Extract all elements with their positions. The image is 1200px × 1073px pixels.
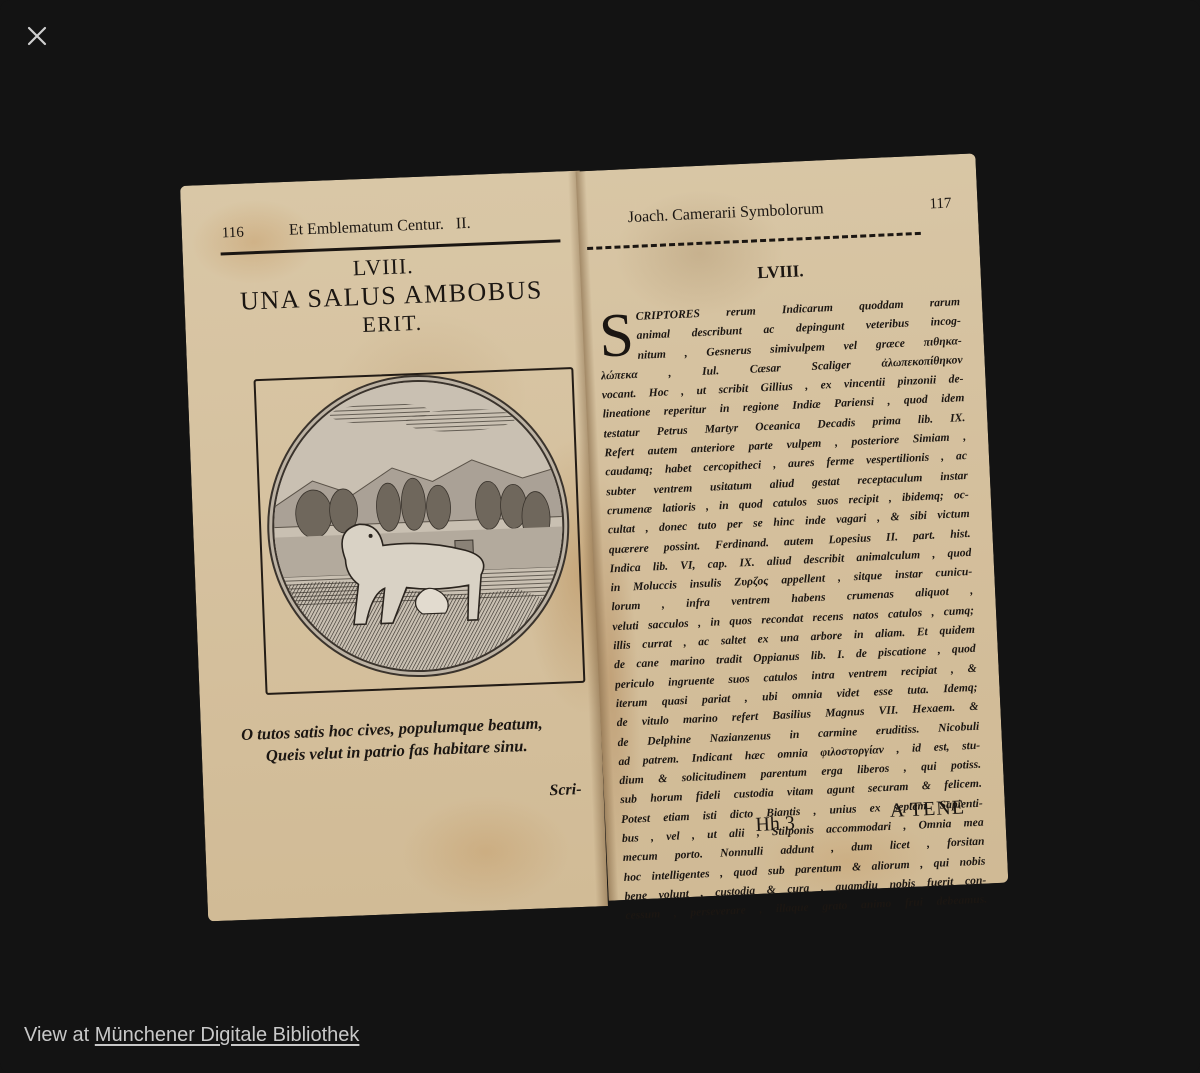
right-catchword: A TENE (889, 796, 965, 822)
right-running-head: Joach. Camerarii Symbolorum 117 (627, 194, 951, 227)
drop-cap: S (598, 309, 635, 363)
left-running-title: Et Emblematum Centur. II. (289, 215, 471, 240)
left-page-number: 116 (222, 225, 245, 243)
attribution-prefix: View at (24, 1024, 89, 1046)
left-page: 116 Et Emblematum Centur. II. LVIII. UNA… (180, 171, 608, 922)
engraving-medallion (262, 369, 575, 682)
fox-engraving-icon (269, 377, 568, 676)
right-emblem-number: LVIII. (580, 253, 980, 291)
image-viewer-overlay: 116 Et Emblematum Centur. II. LVIII. UNA… (0, 0, 1200, 1073)
source-attribution: View at Münchener Digitale Bibliothek (24, 1024, 359, 1047)
right-page-number: 117 (929, 195, 952, 213)
right-page: Joach. Camerarii Symbolorum 117 LVIII. S… (576, 153, 1009, 900)
source-link[interactable]: Münchener Digitale Bibliothek (95, 1024, 360, 1046)
engraving-frame (253, 367, 585, 695)
right-running-title: Joach. Camerarii Symbolorum (627, 200, 824, 227)
left-running-head: 116 Et Emblematum Centur. II. (222, 212, 556, 243)
emblem-caption: O tutos satis hoc cives, populumque beat… (241, 711, 582, 768)
left-catchword: Scri- (549, 781, 582, 800)
right-head-rule (587, 232, 921, 250)
signature-mark: Hh 3 (755, 812, 795, 837)
book-scan-image: 116 Et Emblematum Centur. II. LVIII. UNA… (0, 0, 1200, 1073)
emblem-motto: UNA SALUS AMBOBUS ERIT. (204, 275, 580, 345)
